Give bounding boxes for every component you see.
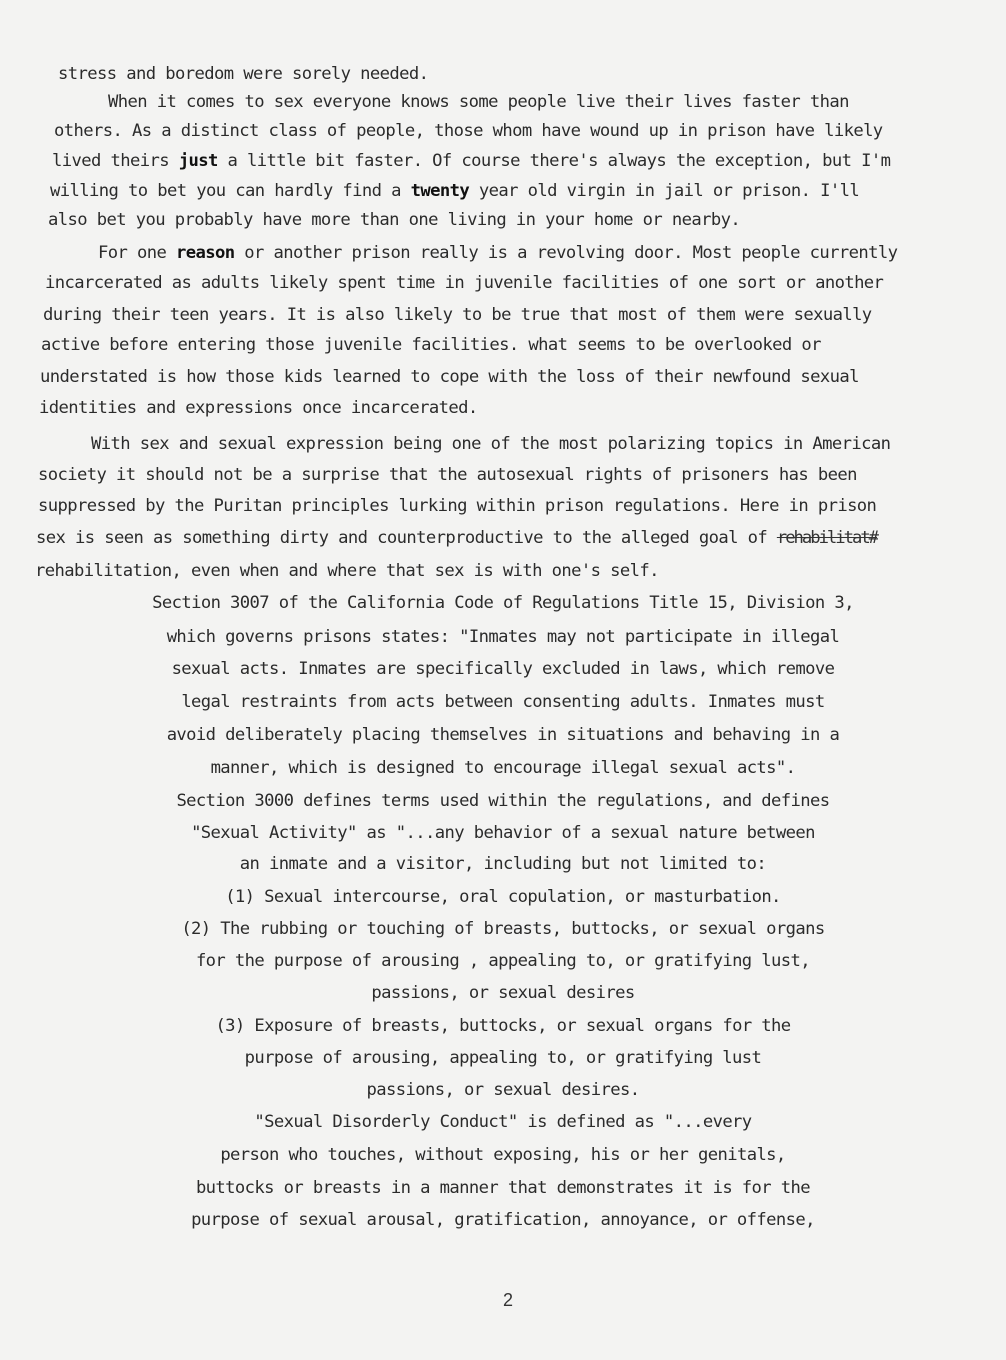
definition-line: purpose of arousing, appealing to, or gr…	[0, 1048, 1006, 1068]
quote-line: sexual acts. Inmates are specifically ex…	[0, 659, 1006, 679]
paragraph-4-line: suppressed by the Puritan principles lur…	[38, 496, 876, 516]
paragraph-3-line: identities and expressions once incarcer…	[39, 398, 478, 418]
paragraph-4-line: sex is seen as something dirty and count…	[36, 528, 877, 548]
definition-line: purpose of sexual arousal, gratification…	[0, 1210, 1006, 1230]
paragraph-continuation: stress and boredom were sorely needed.	[58, 64, 428, 84]
paragraph-3-line: incarcerated as adults likely spent time…	[45, 273, 883, 293]
paragraph-3-line: during their teen years. It is also like…	[43, 305, 872, 325]
definition-line: an inmate and a visitor, including but n…	[0, 854, 1006, 874]
quote-line: avoid deliberately placing themselves in…	[0, 725, 1006, 745]
paragraph-2-line: willing to bet you can hardly find a twe…	[50, 181, 859, 201]
definition-line: passions, or sexual desires.	[0, 1080, 1006, 1100]
definition-line: passions, or sexual desires	[0, 983, 1006, 1003]
typed-page: stress and boredom were sorely needed. W…	[0, 0, 1006, 1360]
quote-line: manner, which is designed to encourage i…	[0, 758, 1006, 778]
paragraph-2-line: lived theirs just a little bit faster. O…	[52, 151, 890, 171]
paragraph-3-line: understated is how those kids learned to…	[40, 367, 859, 387]
quote-line: Section 3007 of the California Code of R…	[0, 593, 1006, 613]
paragraph-2-line: When it comes to sex everyone knows some…	[108, 92, 849, 112]
paragraph-4-line: With sex and sexual expression being one…	[91, 434, 890, 454]
struck-out-word: rehabilitat#	[777, 528, 877, 548]
paragraph-3-line: active before entering those juvenile fa…	[41, 335, 821, 355]
definition-line: Section 3000 defines terms used within t…	[0, 791, 1006, 811]
quote-line: legal restraints from acts between conse…	[0, 692, 1006, 712]
paragraph-3-line: For one reason or another prison really …	[98, 243, 897, 263]
paragraph-4-line: rehabilitation, even when and where that…	[35, 561, 659, 581]
definition-line: buttocks or breasts in a manner that dem…	[0, 1178, 1006, 1198]
definition-line: (3) Exposure of breasts, buttocks, or se…	[0, 1016, 1006, 1036]
definition-line: for the purpose of arousing , appealing …	[0, 951, 1006, 971]
definition-line: (1) Sexual intercourse, oral copulation,…	[0, 887, 1006, 907]
definition-line: person who touches, without exposing, hi…	[0, 1145, 1006, 1165]
quote-line: which governs prisons states: "Inmates m…	[0, 627, 1006, 647]
page-number: 2	[0, 1290, 1006, 1311]
bold-word: reason	[176, 243, 235, 263]
definition-line: (2) The rubbing or touching of breasts, …	[0, 919, 1006, 939]
paragraph-2-line: others. As a distinct class of people, t…	[54, 121, 883, 141]
definition-line: "Sexual Disorderly Conduct" is defined a…	[0, 1112, 1006, 1132]
paragraph-4-line: society it should not be a surprise that…	[38, 465, 857, 485]
paragraph-2-line: also bet you probably have more than one…	[48, 210, 740, 230]
definition-line: "Sexual Activity" as "...any behavior of…	[0, 823, 1006, 843]
bold-word: twenty	[411, 181, 470, 201]
bold-word: just	[179, 151, 218, 171]
